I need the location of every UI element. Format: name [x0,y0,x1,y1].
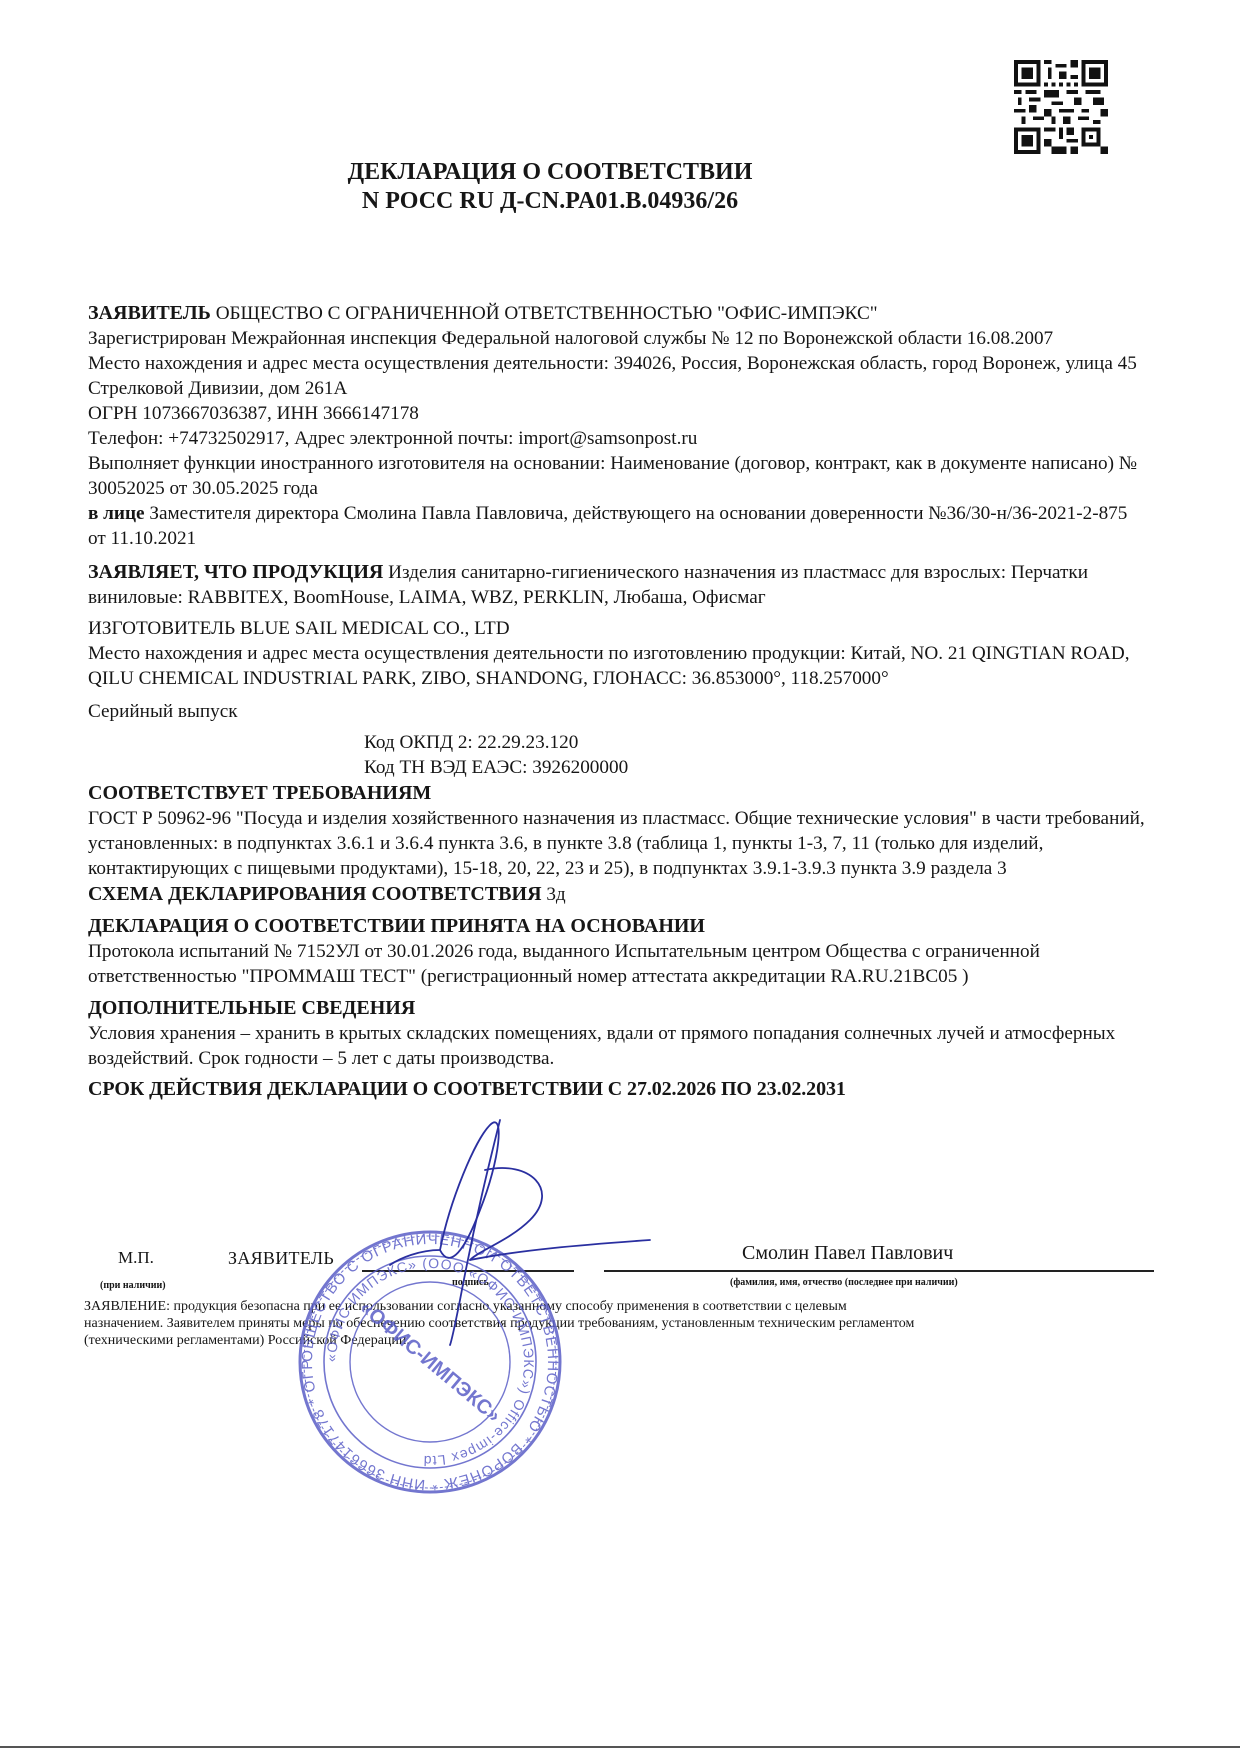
declaration-number: N РОСС RU Д-CN.PA01.B.04936/26 [0,187,1100,216]
signer-note: (фамилия, имя, отчество (последнее при н… [730,1277,958,1288]
foreign-manufacturer-basis: Выполняет функции иностранного изготовит… [88,451,1148,501]
product-line: ЗАЯВЛЯЕТ, ЧТО ПРОДУКЦИЯ Изделия санитарн… [88,559,1148,610]
represented-by-line: в лице Заместителя директора Смолина Пав… [88,501,1148,551]
seal-label: М.П. [118,1248,154,1268]
page-bottom-edge [0,1746,1240,1748]
scheme-value: 3д [542,884,566,905]
product-label: ЗАЯВЛЯЕТ, ЧТО ПРОДУКЦИЯ [88,561,383,583]
document-title: ДЕКЛАРАЦИЯ О СООТВЕТСТВИИ N РОСС RU Д-CN… [0,158,1100,216]
applicant-name: ОБЩЕСТВО С ОГРАНИЧЕННОЙ ОТВЕТСТВЕННОСТЬЮ… [211,303,878,324]
represented-by: Заместителя директора Смолина Павла Павл… [88,503,1127,549]
scheme-line: СХЕМА ДЕКЛАРИРОВАНИЯ СООТВЕТСТВИЯ 3д [88,881,1148,907]
applicant-label: ЗАЯВИТЕЛЬ [88,302,211,324]
applicant-contacts: Телефон: +74732502917, Адрес электронной… [88,426,1148,451]
name-line [604,1270,1154,1272]
manufacturer: ИЗГОТОВИТЕЛЬ BLUE SAIL MEDICAL CO., LTD [88,616,1148,641]
seal-note: (при наличии) [100,1280,166,1291]
validity-period: СРОК ДЕЙСТВИЯ ДЕКЛАРАЦИИ О СООТВЕТСТВИИ … [88,1077,1148,1102]
represented-label: в лице [88,503,145,524]
applicant-ids: ОГРН 1073667036387, ИНН 3666147178 [88,401,1148,426]
additional-heading: ДОПОЛНИТЕЛЬНЫЕ СВЕДЕНИЯ [88,995,1148,1021]
applicant-registration: Зарегистрирован Межрайонная инспекция Фе… [88,326,1148,351]
applicant-address: Место нахождения и адрес места осуществл… [88,351,1148,401]
okpd2-code: Код ОКПД 2: 22.29.23.120 [88,730,1148,755]
release-type: Серийный выпуск [88,699,1148,724]
basis-heading: ДЕКЛАРАЦИЯ О СООТВЕТСТВИИ ПРИНЯТА НА ОСН… [88,913,1148,939]
scheme-heading: СХЕМА ДЕКЛАРИРОВАНИЯ СООТВЕТСТВИЯ [88,883,542,905]
basis-text: Протокола испытаний № 7152УЛ от 30.01.20… [88,939,1148,989]
handwritten-signature-icon [380,1100,660,1350]
requirements-text: ГОСТ Р 50962-96 "Посуда и изделия хозяйс… [88,806,1148,881]
manufacturer-address: Место нахождения и адрес места осуществл… [88,641,1148,691]
qr-code-icon [1014,60,1108,154]
additional-text: Условия хранения – хранить в крытых скла… [88,1021,1148,1071]
tn-ved-code: Код ТН ВЭД ЕАЭС: 3926200000 [88,755,1148,780]
signer-name: Смолин Павел Павлович [742,1242,953,1265]
applicant-line: ЗАЯВИТЕЛЬ ОБЩЕСТВО С ОГРАНИЧЕННОЙ ОТВЕТС… [88,300,1148,326]
declaration-body: ЗАЯВИТЕЛЬ ОБЩЕСТВО С ОГРАНИЧЕННОЙ ОТВЕТС… [88,300,1148,1102]
requirements-heading: СООТВЕТСТВУЕТ ТРЕБОВАНИЯМ [88,780,1148,806]
title-line-1: ДЕКЛАРАЦИЯ О СООТВЕТСТВИИ [0,158,1100,187]
